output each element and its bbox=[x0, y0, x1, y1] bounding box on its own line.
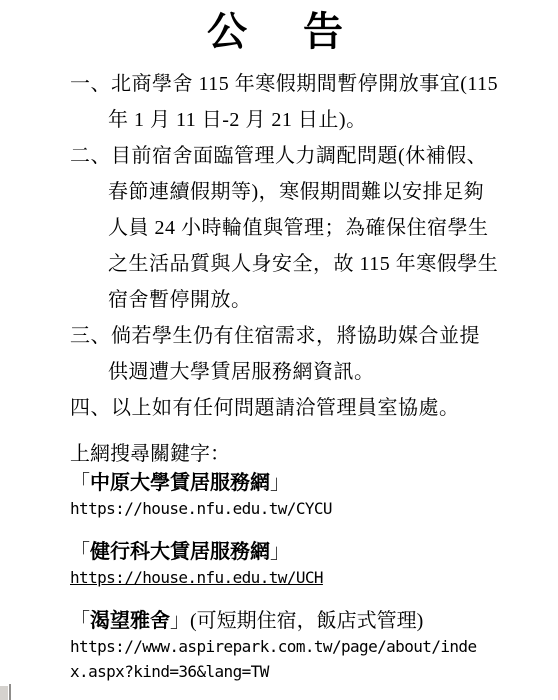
notice-item: 二、目前宿舍面臨管理人力調配問題(休補假、春節連續假期等)，寒假期間難以安排足夠… bbox=[70, 138, 500, 318]
keyword-title-line: 「健行科大賃居服務網」 bbox=[70, 540, 500, 565]
notice-item-text: 以上如有任何問題請洽管理員室協處。 bbox=[111, 397, 460, 419]
notice-item: 三、倘若學生仍有住宿需求，將協助媒合並提供週遭大學賃居服務網資訊。 bbox=[70, 318, 500, 390]
notice-item-marker: 三、 bbox=[70, 325, 111, 347]
notice-item-text: 目前宿舍面臨管理人力調配問題(休補假、春節連續假期等)，寒假期間難以安排足夠人員… bbox=[108, 145, 498, 311]
window-corner-artifact bbox=[0, 684, 12, 700]
quote-open: 「 bbox=[70, 541, 90, 563]
quote-close: 」 bbox=[270, 541, 290, 563]
keyword-url: https://www.aspirepark.com.tw/page/about… bbox=[70, 634, 490, 684]
quote-close: 」 bbox=[270, 472, 290, 494]
notice-item-marker: 一、 bbox=[70, 73, 111, 95]
notice-item-text: 北商學舍 115 年寒假期間暫停開放事宜(115 年 1 月 11 日-2 月 … bbox=[108, 73, 498, 131]
page: { "document": { "title": "公 告", "items":… bbox=[0, 0, 558, 700]
notice-item-marker: 二、 bbox=[70, 145, 111, 167]
notice-item: 一、北商學舍 115 年寒假期間暫停開放事宜(115 年 1 月 11 日-2 … bbox=[70, 66, 500, 138]
notice-item-text: 倘若學生仍有住宿需求，將協助媒合並提供週遭大學賃居服務網資訊。 bbox=[108, 325, 480, 383]
keyword-url-link[interactable]: https://house.nfu.edu.tw/UCH bbox=[70, 565, 490, 590]
notice-item: 四、以上如有任何問題請洽管理員室協處。 bbox=[70, 390, 500, 426]
keyword-entry: 「中原大學賃居服務網」 https://house.nfu.edu.tw/CYC… bbox=[70, 471, 500, 521]
quote-close: 」 bbox=[170, 610, 190, 632]
notice-list: 一、北商學舍 115 年寒假期間暫停開放事宜(115 年 1 月 11 日-2 … bbox=[0, 66, 500, 426]
quote-open: 「 bbox=[70, 472, 90, 494]
search-keywords-heading: 上網搜尋關鍵字： bbox=[70, 442, 500, 467]
announcement-document: 公 告 一、北商學舍 115 年寒假期間暫停開放事宜(115 年 1 月 11 … bbox=[0, 0, 558, 700]
page-title: 公 告 bbox=[0, 0, 558, 56]
keyword-name: 渴望雅舍 bbox=[90, 610, 170, 632]
quote-open: 「 bbox=[70, 610, 90, 632]
artifact-light-block bbox=[0, 686, 8, 700]
keyword-name: 中原大學賃居服務網 bbox=[90, 472, 270, 494]
keyword-note: (可短期住宿，飯店式管理) bbox=[190, 610, 423, 632]
keyword-name: 健行科大賃居服務網 bbox=[90, 541, 270, 563]
search-keywords-section: 上網搜尋關鍵字： 「中原大學賃居服務網」 https://house.nfu.e… bbox=[0, 442, 500, 684]
notice-item-marker: 四、 bbox=[70, 397, 111, 419]
keyword-url: https://house.nfu.edu.tw/CYCU bbox=[70, 496, 490, 521]
keyword-title-line: 「渴望雅舍」(可短期住宿，飯店式管理) bbox=[70, 609, 500, 634]
keyword-entry: 「渴望雅舍」(可短期住宿，飯店式管理) https://www.aspirepa… bbox=[70, 609, 500, 684]
keyword-title-line: 「中原大學賃居服務網」 bbox=[70, 471, 500, 496]
keyword-entry: 「健行科大賃居服務網」 https://house.nfu.edu.tw/UCH bbox=[70, 540, 500, 590]
artifact-dark-stripe bbox=[9, 684, 11, 700]
